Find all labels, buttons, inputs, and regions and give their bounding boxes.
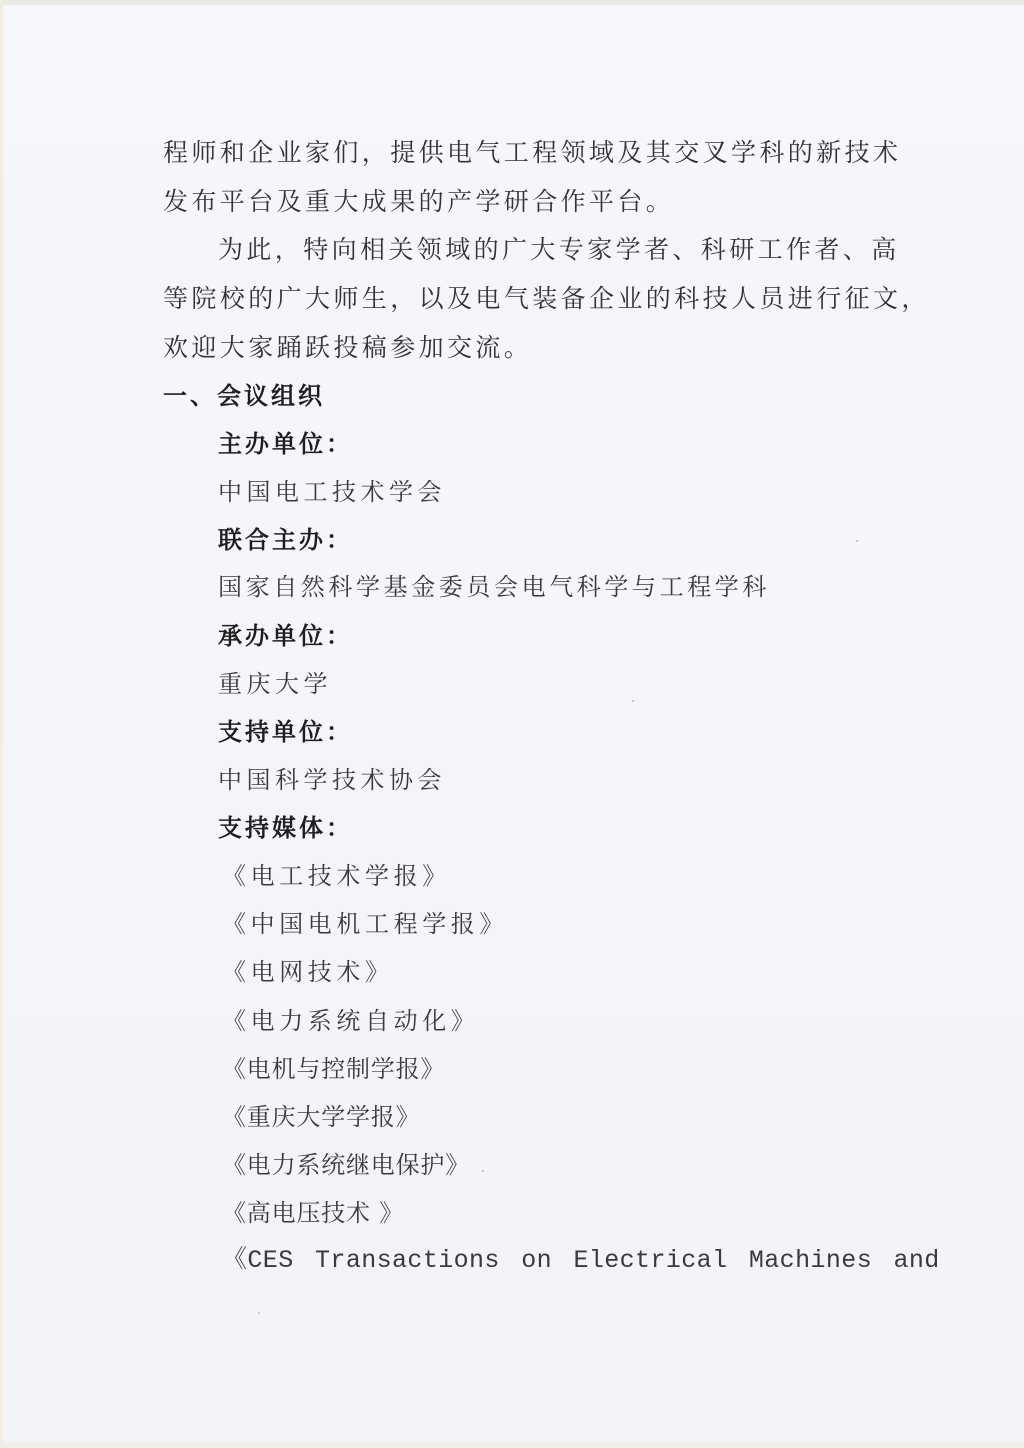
scan-speck: [482, 1170, 484, 1172]
host-label: 承办单位：: [218, 620, 353, 652]
scan-edge-left: [0, 0, 3, 1448]
media-item: 《重庆大学学报》: [222, 1101, 420, 1133]
scan-speck: [258, 1312, 260, 1314]
supporter-value: 中国科学技术协会: [218, 764, 446, 796]
paragraph-line-1: 程师和企业家们，提供电气工程领域及其交叉学科的新技术: [163, 137, 901, 169]
paragraph-line-2: 发布平台及重大成果的产学研合作平台。: [163, 186, 674, 218]
call-paragraph-line-3: 欢迎大家踊跃投稿参加交流。: [163, 332, 532, 364]
media-item: 《电力系统继电保护》: [222, 1149, 470, 1181]
media-item: 《高电压技术 》: [222, 1197, 404, 1229]
scan-speck: [632, 700, 634, 702]
host-value: 重庆大学: [218, 668, 332, 700]
media-item: 《电力系统自动化》: [222, 1005, 479, 1037]
scanned-page: 程师和企业家们，提供电气工程领域及其交叉学科的新技术 发布平台及重大成果的产学研…: [0, 0, 1024, 1448]
scan-edge-top: [0, 0, 1024, 5]
organizer-value: 中国电工技术学会: [218, 476, 446, 508]
scan-edge-bottom: [0, 1442, 1024, 1448]
co-organizer-label: 联合主办：: [218, 524, 353, 556]
organizer-label: 主办单位：: [218, 428, 353, 460]
section-heading: 一、会议组织: [163, 380, 325, 412]
media-item: 《中国电机工程学报》: [222, 908, 508, 940]
call-paragraph-line-2: 等院校的广大师生，以及电气装备企业的科技人员进行征文，: [163, 283, 930, 315]
call-paragraph-line-1: 为此，特向相关领域的广大专家学者、科研工作者、高: [218, 234, 900, 266]
media-item: 《电网技术》: [222, 956, 394, 988]
supporter-label: 支持单位：: [218, 716, 353, 748]
media-item: 《电工技术学报》: [222, 860, 451, 892]
scan-speck: [856, 540, 858, 542]
co-organizer-value: 国家自然科学基金委员会电气科学与工程学科: [218, 571, 770, 603]
media-label: 支持媒体：: [218, 812, 353, 844]
media-item: 《电机与控制学报》: [222, 1053, 445, 1085]
media-item: 《CES Transactions on Electrical Machines…: [222, 1245, 940, 1277]
